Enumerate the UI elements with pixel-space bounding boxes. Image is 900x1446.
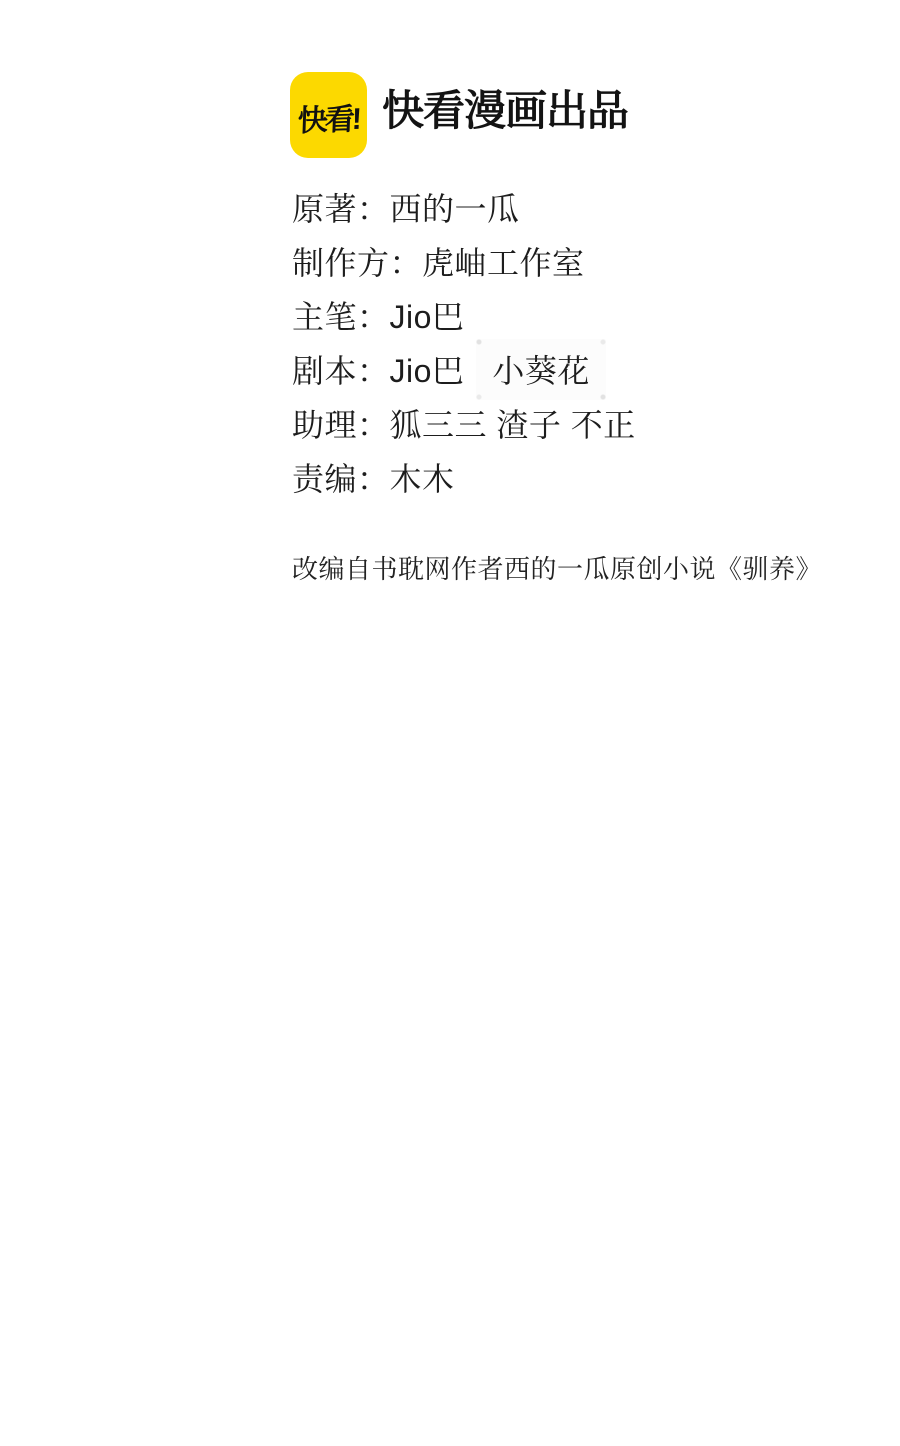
kuaikan-logo: 快看!	[290, 72, 367, 158]
credit-text-production-studio: 制作方：虎岫工作室	[292, 238, 585, 284]
credit-script-second-name: 小葵花	[476, 339, 606, 400]
credit-line-lead-artist: 主笔：Jio巴	[292, 288, 636, 342]
publisher-title: 快看漫画出品	[382, 86, 628, 136]
credit-text-script: 剧本：Jio巴	[292, 346, 464, 392]
credit-line-script: 剧本：Jio巴 小葵花	[292, 342, 636, 396]
credit-text-assistants: 助理：狐三三 渣子 不正	[292, 400, 636, 446]
credit-text-original-author: 原著：西的一瓜	[292, 184, 520, 230]
credit-line-production-studio: 制作方：虎岫工作室	[292, 234, 636, 288]
credit-line-original-author: 原著：西的一瓜	[292, 180, 636, 234]
kuaikan-logo-text: 快看!	[297, 90, 360, 140]
credits-list: 原著：西的一瓜 制作方：虎岫工作室 主笔：Jio巴 剧本：Jio巴 小葵花 助理…	[292, 180, 636, 504]
credit-text-lead-artist: 主笔：Jio巴	[292, 292, 464, 338]
comic-credits-page: 快看! 快看漫画出品 原著：西的一瓜 制作方：虎岫工作室 主笔：Jio巴 剧本：…	[0, 0, 900, 1446]
credit-line-editor: 责编：木木	[292, 450, 636, 504]
credit-line-assistants: 助理：狐三三 渣子 不正	[292, 396, 636, 450]
adaptation-note: 改编自书耽网作者西的一瓜原创小说《驯养》	[292, 553, 822, 586]
credit-text-editor: 责编：木木	[292, 454, 455, 500]
